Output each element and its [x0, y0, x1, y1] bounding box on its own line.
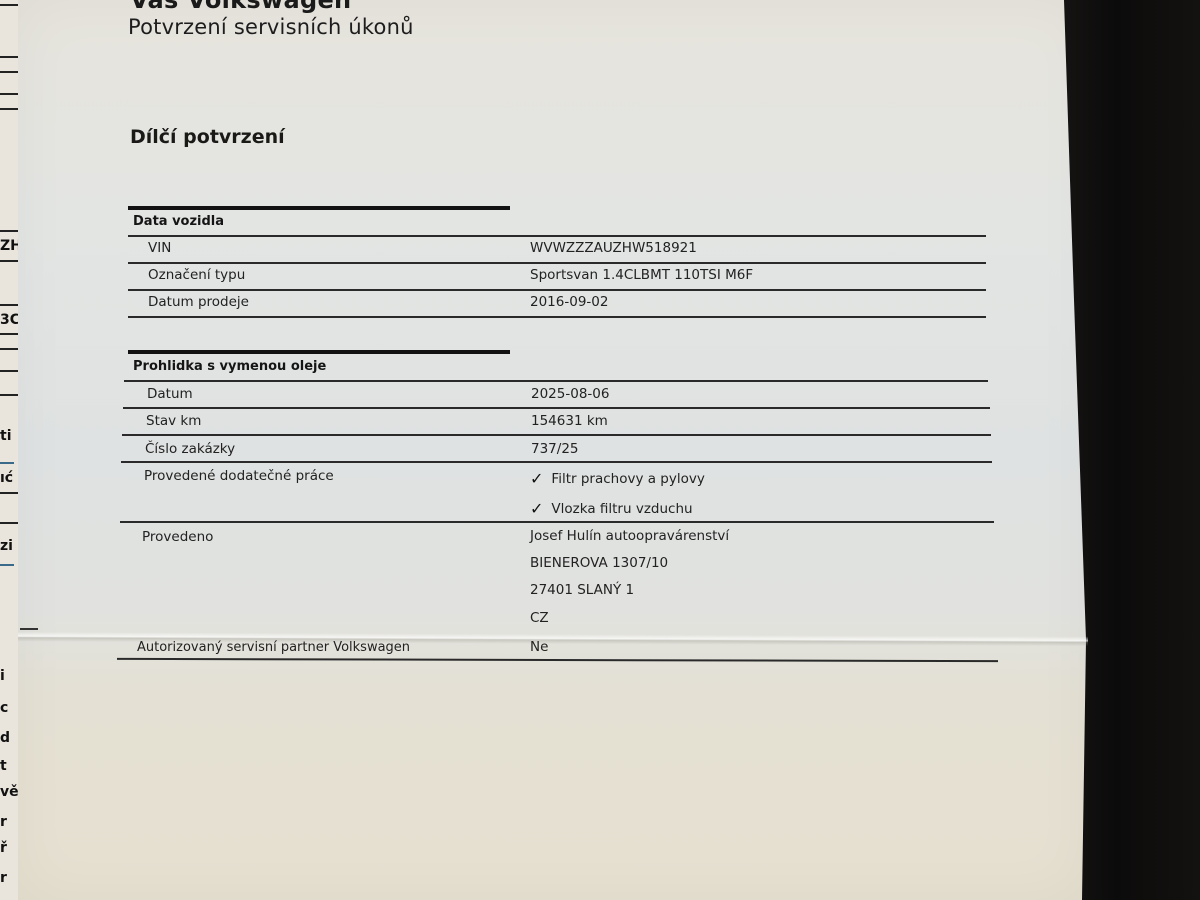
row-divider — [128, 262, 986, 264]
vin-label: VIN — [148, 240, 171, 256]
vehicle-data-heading: Data vozidla — [133, 214, 224, 229]
order-number-value: 737/25 — [531, 441, 579, 457]
order-number-label: Číslo zakázky — [145, 441, 235, 457]
type-value: Sportsvan 1.4CLBMT 110TSI M6F — [530, 267, 753, 283]
performer-city: 27401 SLANÝ 1 — [530, 582, 634, 598]
row-divider — [117, 658, 998, 662]
performer-country: CZ — [530, 610, 549, 626]
row-divider — [128, 289, 986, 291]
mileage-value: 154631 km — [531, 413, 608, 429]
performed-by-label: Provedeno — [142, 529, 213, 545]
performer-name: Josef Hulín autoopravárenství — [530, 528, 729, 544]
additional-work-item: ✓Filtr prachovy a pylovy — [530, 468, 705, 487]
row-divider — [120, 521, 994, 523]
sale-date-label: Datum prodeje — [148, 294, 249, 310]
additional-work-text: Vlozka filtru vzduchu — [551, 501, 692, 517]
brand-title: Váš Volkswagen — [130, 0, 351, 14]
row-divider — [122, 434, 991, 436]
document-title: Potvrzení servisních úkonů — [128, 15, 414, 39]
performer-street: BIENEROVA 1307/10 — [530, 555, 668, 571]
inspection-heading: Prohlidka s vymenou oleje — [133, 359, 326, 374]
type-label: Označení typu — [148, 267, 245, 283]
row-divider — [123, 407, 990, 409]
authorized-partner-label: Autorizovaný servisní partner Volkswagen — [137, 640, 410, 655]
checkmark-icon: ✓ — [530, 499, 543, 518]
additional-work-item: ✓Vlozka filtru vzduchu — [530, 498, 693, 517]
row-divider — [128, 235, 986, 237]
date-value: 2025-08-06 — [531, 386, 609, 402]
additional-work-text: Filtr prachovy a pylovy — [551, 471, 704, 487]
row-divider — [121, 461, 992, 463]
authorized-partner-value: Ne — [530, 639, 548, 655]
date-label: Datum — [147, 386, 193, 402]
section-bar — [128, 206, 510, 210]
document-content: Váš Volkswagen Potvrzení servisních úkon… — [0, 0, 1200, 900]
row-divider — [124, 380, 988, 382]
section-bar — [128, 350, 510, 354]
row-divider — [128, 316, 986, 318]
photo-scene: ZH 3C ti ıć zi i c d t vě r ř r Váš Volk… — [0, 0, 1200, 900]
additional-work-label: Provedené dodatečné práce — [144, 468, 334, 484]
sale-date-value: 2016-09-02 — [530, 294, 608, 310]
mileage-label: Stav km — [146, 413, 201, 429]
section-heading: Dílčí potvrzení — [130, 126, 285, 148]
vin-value: WVWZZZAUZHW518921 — [530, 240, 697, 256]
checkmark-icon: ✓ — [530, 469, 543, 488]
